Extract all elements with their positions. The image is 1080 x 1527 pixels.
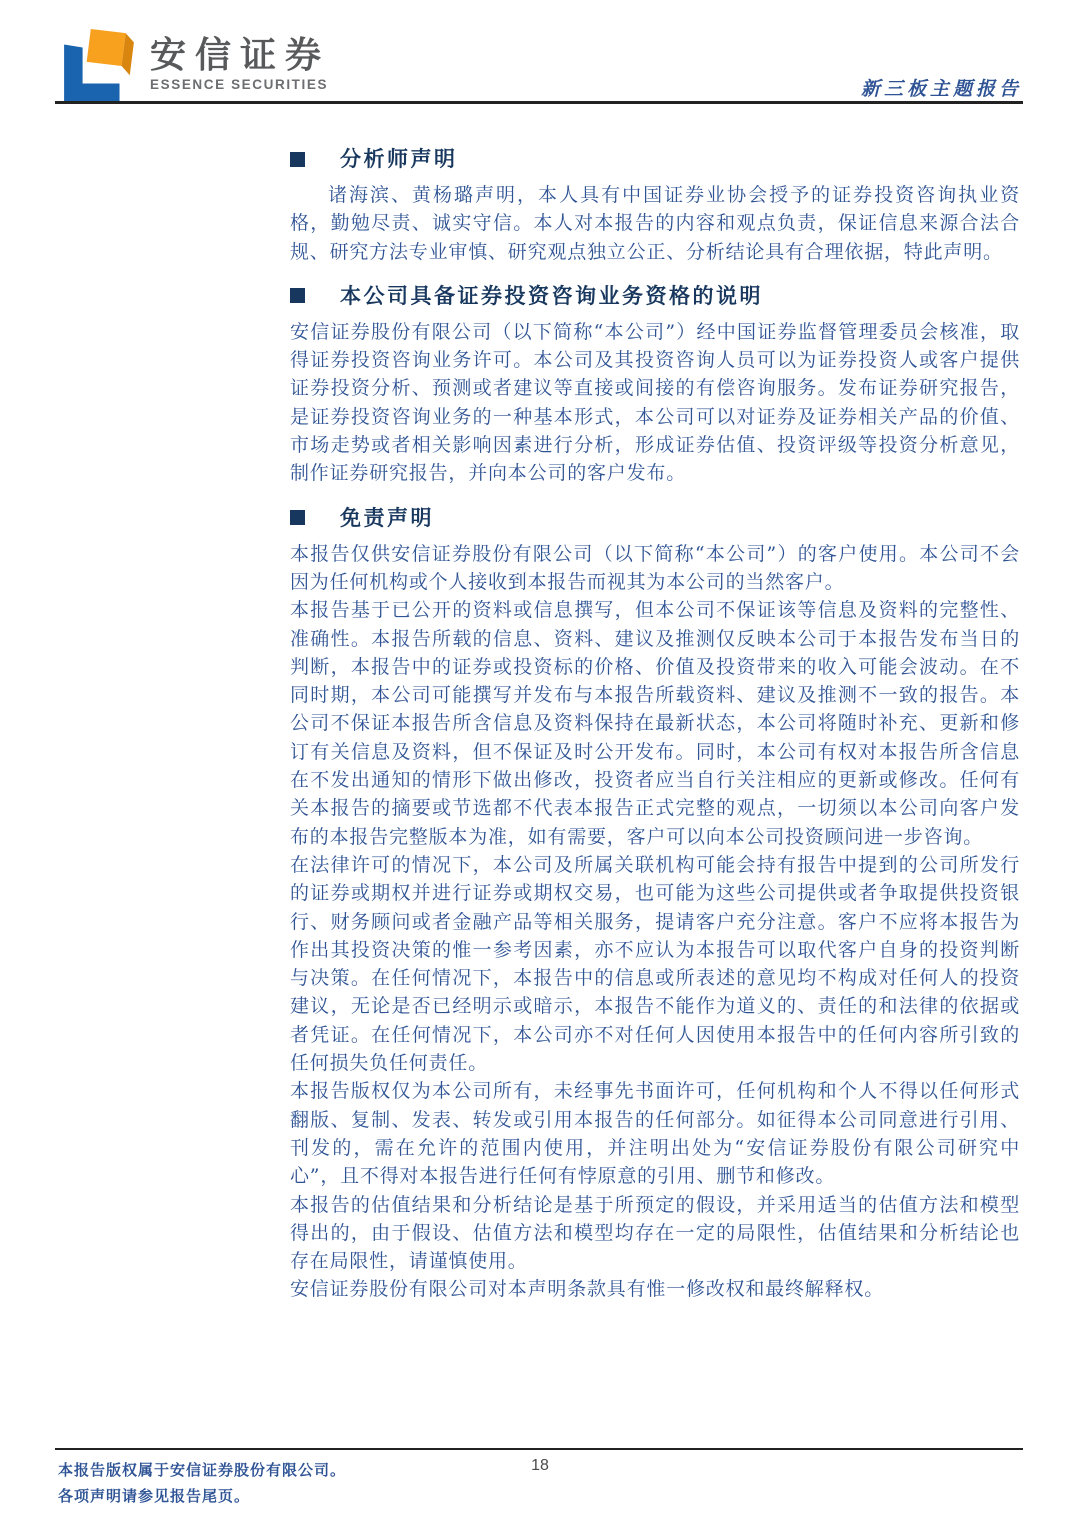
paragraph: 本报告基于已公开的资料或信息撰写，但本公司不保证该等信息及资料的完整性、准确性。… [290,596,1020,851]
section-heading: 本公司具备证券投资咨询业务资格的说明 [290,281,1020,311]
report-type-label: 新三板主题报告 [861,74,1022,101]
footer-rule [55,1448,1023,1450]
paragraph: 安信证券股份有限公司（以下简称“本公司”）经中国证券监督管理委员会核准，取得证券… [290,318,1020,488]
paragraph: 在法律许可的情况下，本公司及所属关联机构可能会持有报告中提到的公司所发行的证券或… [290,851,1020,1077]
logo-company-name-en: ESSENCE SECURITIES [150,77,330,92]
paragraph: 诸海滨、黄杨璐声明，本人具有中国证券业协会授予的证券投资咨询执业资格，勤勉尽责、… [290,181,1020,266]
section-heading: 分析师声明 [290,144,1020,174]
header-rule [55,101,1023,104]
copyright-line-2: 各项声明请参见报告尾页。 [58,1483,346,1509]
page-number: 18 [0,1457,1080,1475]
square-bullet-icon [290,152,305,167]
section-qualification: 本公司具备证券投资咨询业务资格的说明 安信证券股份有限公司（以下简称“本公司”）… [290,281,1020,488]
square-bullet-icon [290,288,305,303]
essence-cube-logo-icon [60,28,138,104]
section-title: 免责声明 [340,503,434,533]
paragraph: 本报告版权仅为本公司所有，未经事先书面许可，任何机构和个人不得以任何形式翻版、复… [290,1077,1020,1190]
report-body: 分析师声明 诸海滨、黄杨璐声明，本人具有中国证券业协会授予的证券投资咨询执业资格… [290,144,1020,1304]
logo-company-name-cn: 安信证券 [150,36,330,74]
paragraph: 本报告仅供安信证券股份有限公司（以下简称“本公司”）的客户使用。本公司不会因为任… [290,540,1020,597]
paragraph: 安信证券股份有限公司对本声明条款具有惟一修改权和最终解释权。 [290,1275,1020,1303]
section-disclaimer: 免责声明 本报告仅供安信证券股份有限公司（以下简称“本公司”）的客户使用。本公司… [290,503,1020,1304]
section-analyst-statement: 分析师声明 诸海滨、黄杨璐声明，本人具有中国证券业协会授予的证券投资咨询执业资格… [290,144,1020,266]
square-bullet-icon [290,510,305,525]
logo-text: 安信证券 ESSENCE SECURITIES [150,36,330,92]
section-heading: 免责声明 [290,503,1020,533]
section-title: 本公司具备证券投资咨询业务资格的说明 [340,281,763,311]
report-page: 安信证券 ESSENCE SECURITIES 新三板主题报告 分析师声明 诸海… [0,0,1080,1527]
paragraph: 本报告的估值结果和分析结论是基于所预定的假设，并采用适当的估值方法和模型得出的，… [290,1191,1020,1276]
company-logo: 安信证券 ESSENCE SECURITIES [60,28,330,104]
section-title: 分析师声明 [340,144,458,174]
